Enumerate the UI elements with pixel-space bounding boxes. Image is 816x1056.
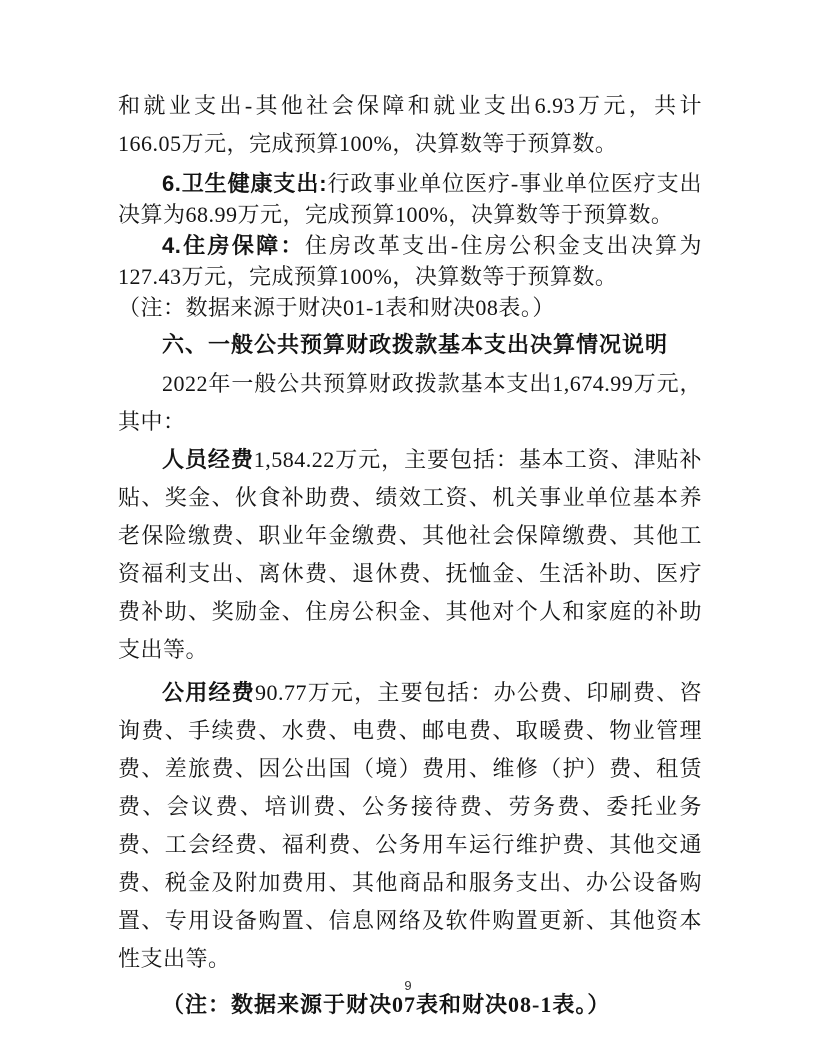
paragraph-continuation-social-security-text: 和就业支出-其他社会保障和就业支出6.93万元，共计166.05万元，完成预算1…: [118, 93, 702, 156]
paragraph-public-funds-text: 90.77万元，主要包括：办公费、印刷费、咨询费、手续费、水费、电费、邮电费、取…: [118, 680, 702, 971]
paragraph-public-funds: 公用经费90.77万元，主要包括：办公费、印刷费、咨询费、手续费、水费、电费、邮…: [118, 674, 702, 978]
paragraph-health-expenditure-lead: 6.卫生健康支出:: [162, 171, 327, 196]
paragraph-basic-expenditure-total: 2022年一般公共预算财政拨款基本支出1,674.99万元，其中：: [118, 365, 702, 441]
paragraph-continuation-social-security: 和就业支出-其他社会保障和就业支出6.93万元，共计166.05万元，完成预算1…: [118, 87, 702, 163]
page-number: 9: [0, 978, 816, 993]
paragraph-housing-security-lead: 4.住房保障：: [162, 233, 305, 258]
paragraph-note-source-1: （注：数据来源于财决01-1表和财决08表。）: [118, 292, 702, 323]
paragraph-personnel-funds-lead: 人员经费: [162, 447, 254, 472]
paragraph-housing-security: 4.住房保障：住房改革支出-住房公积金支出决算为127.43万元，完成预算100…: [118, 230, 702, 292]
paragraph-health-expenditure: 6.卫生健康支出:行政事业单位医疗-事业单位医疗支出决算为68.99万元，完成预…: [118, 168, 702, 230]
paragraph-note-source-2-text: （注：数据来源于财决07表和财决08-1表。）: [162, 992, 610, 1017]
document-page: 和就业支出-其他社会保障和就业支出6.93万元，共计166.05万元，完成预算1…: [0, 0, 816, 1056]
paragraph-section-heading-text: 六、一般公共预算财政拨款基本支出决算情况说明: [162, 332, 668, 357]
paragraph-personnel-funds: 人员经费1,584.22万元，主要包括：基本工资、津贴补贴、奖金、伙食补助费、绩…: [118, 441, 702, 669]
paragraph-note-source-1-text: （注：数据来源于财决01-1表和财决08表。）: [118, 295, 555, 320]
paragraph-section-heading: 六、一般公共预算财政拨款基本支出决算情况说明: [118, 325, 702, 365]
paragraph-personnel-funds-text: 1,584.22万元，主要包括：基本工资、津贴补贴、奖金、伙食补助费、绩效工资、…: [118, 447, 702, 662]
paragraph-public-funds-lead: 公用经费: [162, 680, 255, 705]
paragraph-basic-expenditure-total-text: 2022年一般公共预算财政拨款基本支出1,674.99万元，其中：: [118, 371, 702, 434]
document-body: 和就业支出-其他社会保障和就业支出6.93万元，共计166.05万元，完成预算1…: [118, 87, 702, 1024]
